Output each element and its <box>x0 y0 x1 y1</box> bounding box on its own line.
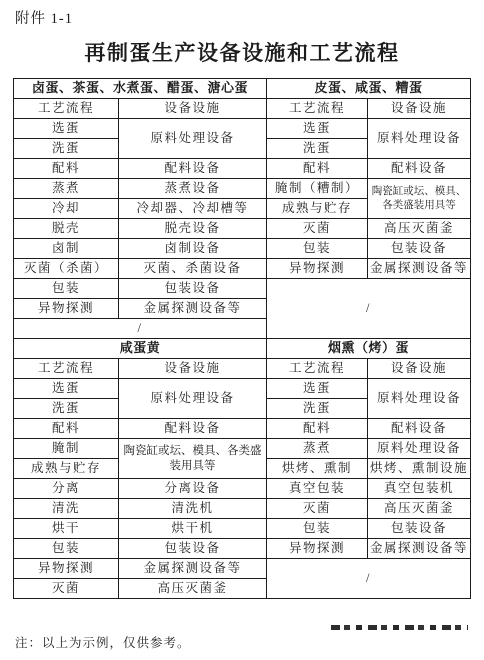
table-row: 配料 配料设备 配料 配料设备 <box>14 419 471 439</box>
category-cell: 卤蛋、茶蛋、水煮蛋、醋蛋、溏心蛋 <box>14 79 267 99</box>
process-cell: 异物探测 <box>14 299 119 319</box>
process-cell: 成熟与贮存 <box>267 199 368 219</box>
process-cell: 成熟与贮存 <box>14 459 119 479</box>
equipment-cell: 卤制设备 <box>119 239 267 259</box>
process-cell: 烘干 <box>14 519 119 539</box>
equipment-cell: 灭菌、杀菌设备 <box>119 259 267 279</box>
process-cell: 异物探测 <box>267 539 368 559</box>
equipment-cell: 高压灭菌釜 <box>119 579 267 599</box>
process-cell: 洗蛋 <box>14 139 119 159</box>
equipment-cell: 烘烤、熏制设施 <box>368 459 471 479</box>
category-cell: 烟熏（烤）蛋 <box>267 339 471 359</box>
process-cell: 异物探测 <box>14 559 119 579</box>
equipment-cell: 分离设备 <box>119 479 267 499</box>
col-header-equipment: 设备设施 <box>368 99 471 119</box>
table-row: 选蛋 原料处理设备 选蛋 原料处理设备 <box>14 379 471 399</box>
equipment-cell: 包装设备 <box>368 239 471 259</box>
col-header-process: 工艺流程 <box>267 359 368 379</box>
equipment-cell: 原料处理设备 <box>368 379 471 419</box>
col-header-process: 工艺流程 <box>14 359 119 379</box>
process-cell: 腌制（糟制） <box>267 179 368 199</box>
process-cell: 配料 <box>14 419 119 439</box>
process-cell: 腌制 <box>14 439 119 459</box>
equipment-cell: 配料设备 <box>119 419 267 439</box>
table-row: 异物探测 金属探测设备等 / <box>14 559 471 579</box>
table-row: 工艺流程 设备设施 工艺流程 设备设施 <box>14 359 471 379</box>
equipment-cell: 配料设备 <box>368 419 471 439</box>
footnote: 注：以上为示例，仅供参考。 <box>15 633 191 651</box>
document-page: { "page": { "attachment_label": "附件 1-1"… <box>0 0 484 660</box>
equipment-cell: 原料处理设备 <box>119 379 267 419</box>
equipment-cell: 高压灭菌釜 <box>368 219 471 239</box>
process-cell: 灭菌（杀菌） <box>14 259 119 279</box>
table-row: 清洗 清洗机 灭菌 高压灭菌釜 <box>14 499 471 519</box>
table-row: 灭菌（杀菌） 灭菌、杀菌设备 异物探测 金属探测设备等 <box>14 259 471 279</box>
table-row: 烘干 烘干机 包装 包装设备 <box>14 519 471 539</box>
process-cell: 卤制 <box>14 239 119 259</box>
equipment-cell: 烘干机 <box>119 519 267 539</box>
table-row: 咸蛋黄 烟熏（烤）蛋 <box>14 339 471 359</box>
equipment-cell: 金属探测设备等 <box>368 539 471 559</box>
table-row: 脱壳 脱壳设备 灭菌 高压灭菌釜 <box>14 219 471 239</box>
process-cell: 选蛋 <box>14 379 119 399</box>
table-row: 分离 分离设备 真空包装 真空包装机 <box>14 479 471 499</box>
attachment-label: 附件 1-1 <box>15 7 73 28</box>
process-equipment-table: 卤蛋、茶蛋、水煮蛋、醋蛋、溏心蛋 皮蛋、咸蛋、糟蛋 工艺流程 设备设施 工艺流程… <box>13 78 471 599</box>
col-header-equipment: 设备设施 <box>119 99 267 119</box>
equipment-cell: 冷却器、冷却槽等 <box>119 199 267 219</box>
process-cell: 包装 <box>14 279 119 299</box>
process-cell: 分离 <box>14 479 119 499</box>
category-cell: 皮蛋、咸蛋、糟蛋 <box>267 79 471 99</box>
page-title: 再制蛋生产设备设施和工艺流程 <box>0 37 484 67</box>
table-row: 包装 包装设备 异物探测 金属探测设备等 <box>14 539 471 559</box>
table-row: 包装 包装设备 / <box>14 279 471 299</box>
equipment-cell: 陶瓷缸或坛、模具、各类盛装用具等 <box>119 439 267 479</box>
equipment-cell: 包装设备 <box>119 539 267 559</box>
process-cell: 烘烤、熏制 <box>267 459 368 479</box>
placeholder-cell: / <box>267 559 471 599</box>
process-cell: 选蛋 <box>267 379 368 399</box>
table-row: 蒸煮 蒸煮设备 腌制（糟制） 陶瓷缸或坛、模具、各类盛装用具等 <box>14 179 471 199</box>
process-cell: 蒸煮 <box>267 439 368 459</box>
process-cell: 蒸煮 <box>14 179 119 199</box>
process-cell: 配料 <box>267 159 368 179</box>
process-cell: 包装 <box>267 239 368 259</box>
table-row: 卤蛋、茶蛋、水煮蛋、醋蛋、溏心蛋 皮蛋、咸蛋、糟蛋 <box>14 79 471 99</box>
equipment-cell: 包装设备 <box>119 279 267 299</box>
process-cell: 包装 <box>267 519 368 539</box>
equipment-cell: 金属探测设备等 <box>119 299 267 319</box>
table-row: 腌制 陶瓷缸或坛、模具、各类盛装用具等 蒸煮 原料处理设备 <box>14 439 471 459</box>
process-cell: 清洗 <box>14 499 119 519</box>
equipment-cell: 原料处理设备 <box>119 119 267 159</box>
process-cell: 真空包装 <box>267 479 368 499</box>
process-cell: 灭菌 <box>267 499 368 519</box>
equipment-cell: 蒸煮设备 <box>119 179 267 199</box>
placeholder-cell: / <box>267 279 471 339</box>
equipment-cell: 清洗机 <box>119 499 267 519</box>
process-cell: 配料 <box>267 419 368 439</box>
placeholder-cell: / <box>14 319 267 339</box>
equipment-cell: 原料处理设备 <box>368 439 471 459</box>
process-cell: 洗蛋 <box>267 139 368 159</box>
equipment-cell: 高压灭菌釜 <box>368 499 471 519</box>
table-row: 工艺流程 设备设施 工艺流程 设备设施 <box>14 99 471 119</box>
equipment-cell: 金属探测设备等 <box>119 559 267 579</box>
equipment-cell: 陶瓷缸或坛、模具、各类盛装用具等 <box>368 179 471 219</box>
process-cell: 冷却 <box>14 199 119 219</box>
col-header-process: 工艺流程 <box>14 99 119 119</box>
process-cell: 选蛋 <box>14 119 119 139</box>
equipment-cell: 原料处理设备 <box>368 119 471 159</box>
equipment-cell: 配料设备 <box>368 159 471 179</box>
process-cell: 脱壳 <box>14 219 119 239</box>
equipment-cell: 包装设备 <box>368 519 471 539</box>
process-cell: 包装 <box>14 539 119 559</box>
process-cell: 灭菌 <box>14 579 119 599</box>
table-row: 选蛋 原料处理设备 选蛋 原料处理设备 <box>14 119 471 139</box>
table-row: 卤制 卤制设备 包装 包装设备 <box>14 239 471 259</box>
process-cell: 灭菌 <box>267 219 368 239</box>
col-header-process: 工艺流程 <box>267 99 368 119</box>
col-header-equipment: 设备设施 <box>119 359 267 379</box>
table-row: 配料 配料设备 配料 配料设备 <box>14 159 471 179</box>
equipment-cell: 配料设备 <box>119 159 267 179</box>
process-cell: 配料 <box>14 159 119 179</box>
equipment-cell: 金属探测设备等 <box>368 259 471 279</box>
process-cell: 洗蛋 <box>267 399 368 419</box>
col-header-equipment: 设备设施 <box>368 359 471 379</box>
category-cell: 咸蛋黄 <box>14 339 267 359</box>
process-cell: 洗蛋 <box>14 399 119 419</box>
equipment-cell: 真空包装机 <box>368 479 471 499</box>
process-cell: 异物探测 <box>267 259 368 279</box>
scan-smudge-artifact <box>331 625 468 630</box>
equipment-cell: 脱壳设备 <box>119 219 267 239</box>
process-cell: 选蛋 <box>267 119 368 139</box>
